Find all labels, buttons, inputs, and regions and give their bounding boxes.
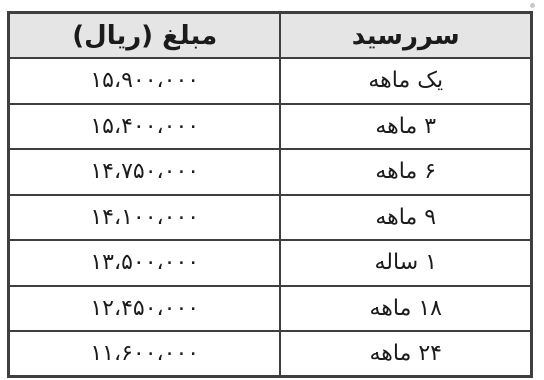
- table-row: ۲۴ ماهه۱۱،۶۰۰،۰۰۰: [9, 331, 532, 377]
- header-amount: مبلغ (ریال): [9, 13, 281, 59]
- table-body: یک ماهه۱۵،۹۰۰،۰۰۰۳ ماهه۱۵،۴۰۰،۰۰۰۶ ماهه۱…: [9, 58, 532, 377]
- header-row: سررسید مبلغ (ریال): [9, 13, 532, 59]
- table-row: ۹ ماهه۱۴،۱۰۰،۰۰۰: [9, 195, 532, 241]
- header-maturity: سررسید: [280, 13, 531, 59]
- price-table: سررسید مبلغ (ریال) یک ماهه۱۵،۹۰۰،۰۰۰۳ ما…: [7, 11, 533, 378]
- amount-cell: ۱۵،۹۰۰،۰۰۰: [9, 58, 281, 104]
- amount-cell: ۱۵،۴۰۰،۰۰۰: [9, 104, 281, 150]
- amount-cell: ۱۴،۱۰۰،۰۰۰: [9, 195, 281, 241]
- amount-cell: ۱۱،۶۰۰،۰۰۰: [9, 331, 281, 377]
- table-row: ۱۸ ماهه۱۲،۴۵۰،۰۰۰: [9, 286, 532, 332]
- table-row: ۳ ماهه۱۵،۴۰۰،۰۰۰: [9, 104, 532, 150]
- amount-cell: ۱۴،۷۵۰،۰۰۰: [9, 149, 281, 195]
- table-row: یک ماهه۱۵،۹۰۰،۰۰۰: [9, 58, 532, 104]
- maturity-cell: ۲۴ ماهه: [280, 331, 531, 377]
- maturity-cell: ۹ ماهه: [280, 195, 531, 241]
- table-row: ۱ ساله۱۳،۵۰۰،۰۰۰: [9, 240, 532, 286]
- maturity-cell: ۳ ماهه: [280, 104, 531, 150]
- amount-cell: ۱۳،۵۰۰،۰۰۰: [9, 240, 281, 286]
- maturity-cell: یک ماهه: [280, 58, 531, 104]
- amount-cell: ۱۲،۴۵۰،۰۰۰: [9, 286, 281, 332]
- maturity-cell: ۱۸ ماهه: [280, 286, 531, 332]
- maturity-cell: ۱ ساله: [280, 240, 531, 286]
- maturity-cell: ۶ ماهه: [280, 149, 531, 195]
- corner-artifact-dot: [530, 3, 535, 8]
- table-row: ۶ ماهه۱۴،۷۵۰،۰۰۰: [9, 149, 532, 195]
